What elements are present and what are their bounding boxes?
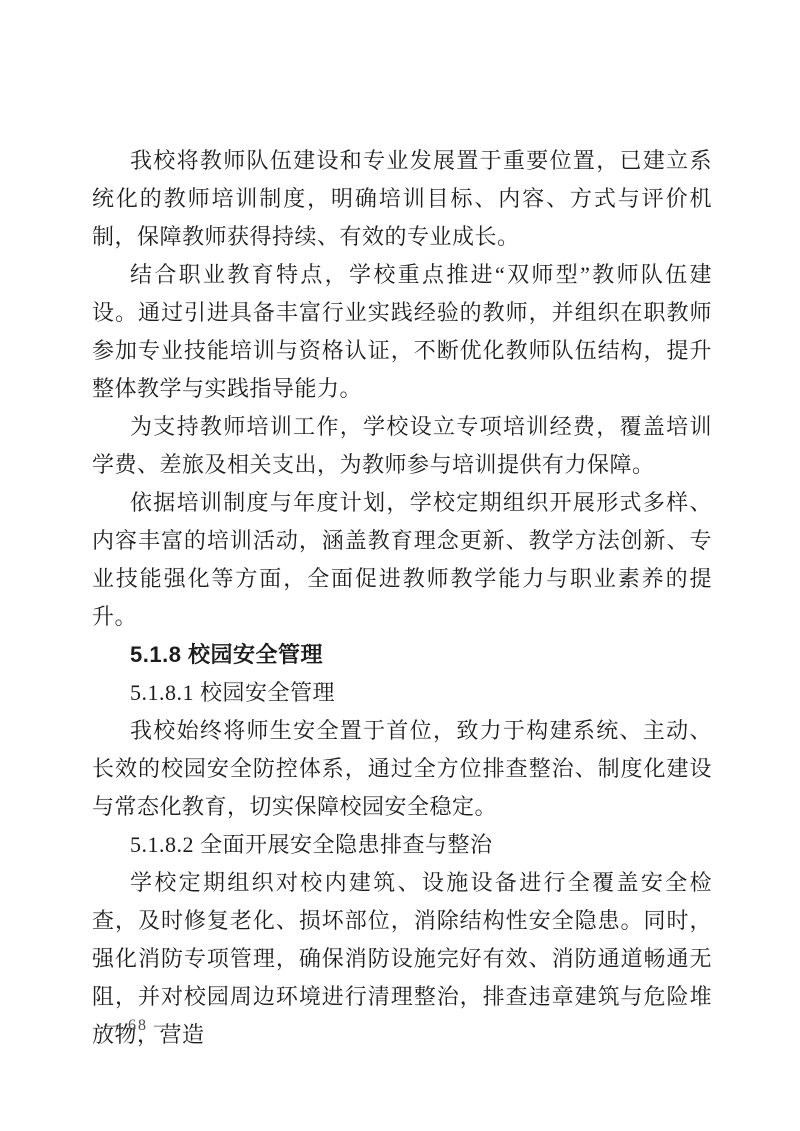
section-heading-5-1-8: 5.1.8 校园安全管理 [92,636,712,674]
paragraph-campus-safety-system: 我校始终将师生安全置于首位，致力于构建系统、主动、长效的校园安全防控体系，通过全… [92,712,712,826]
document-page: 我校将教师队伍建设和专业发展置于重要位置，已建立系统化的教师培训制度，明确培训目… [0,0,800,1131]
paragraph-training-activities: 依据培训制度与年度计划，学校定期组织开展形式多样、内容丰富的培训活动，涵盖教育理… [92,484,712,636]
page-number: — 68 — [104,1016,172,1036]
paragraph-teacher-development: 我校将教师队伍建设和专业发展置于重要位置，已建立系统化的教师培训制度，明确培训目… [92,142,712,256]
subsection-heading-5-1-8-2: 5.1.8.2 全面开展安全隐患排查与整治 [92,826,712,864]
subsection-heading-5-1-8-1: 5.1.8.1 校园安全管理 [92,674,712,712]
paragraph-safety-inspection: 学校定期组织对校内建筑、设施设备进行全覆盖安全检查，及时修复老化、损坏部位，消除… [92,864,712,1054]
document-body: 我校将教师队伍建设和专业发展置于重要位置，已建立系统化的教师培训制度，明确培训目… [92,142,712,1054]
paragraph-training-funds: 为支持教师培训工作，学校设立专项培训经费，覆盖培训学费、差旅及相关支出，为教师参… [92,408,712,484]
paragraph-dual-qualified-teachers: 结合职业教育特点，学校重点推进“双师型”教师队伍建设。通过引进具备丰富行业实践经… [92,256,712,408]
